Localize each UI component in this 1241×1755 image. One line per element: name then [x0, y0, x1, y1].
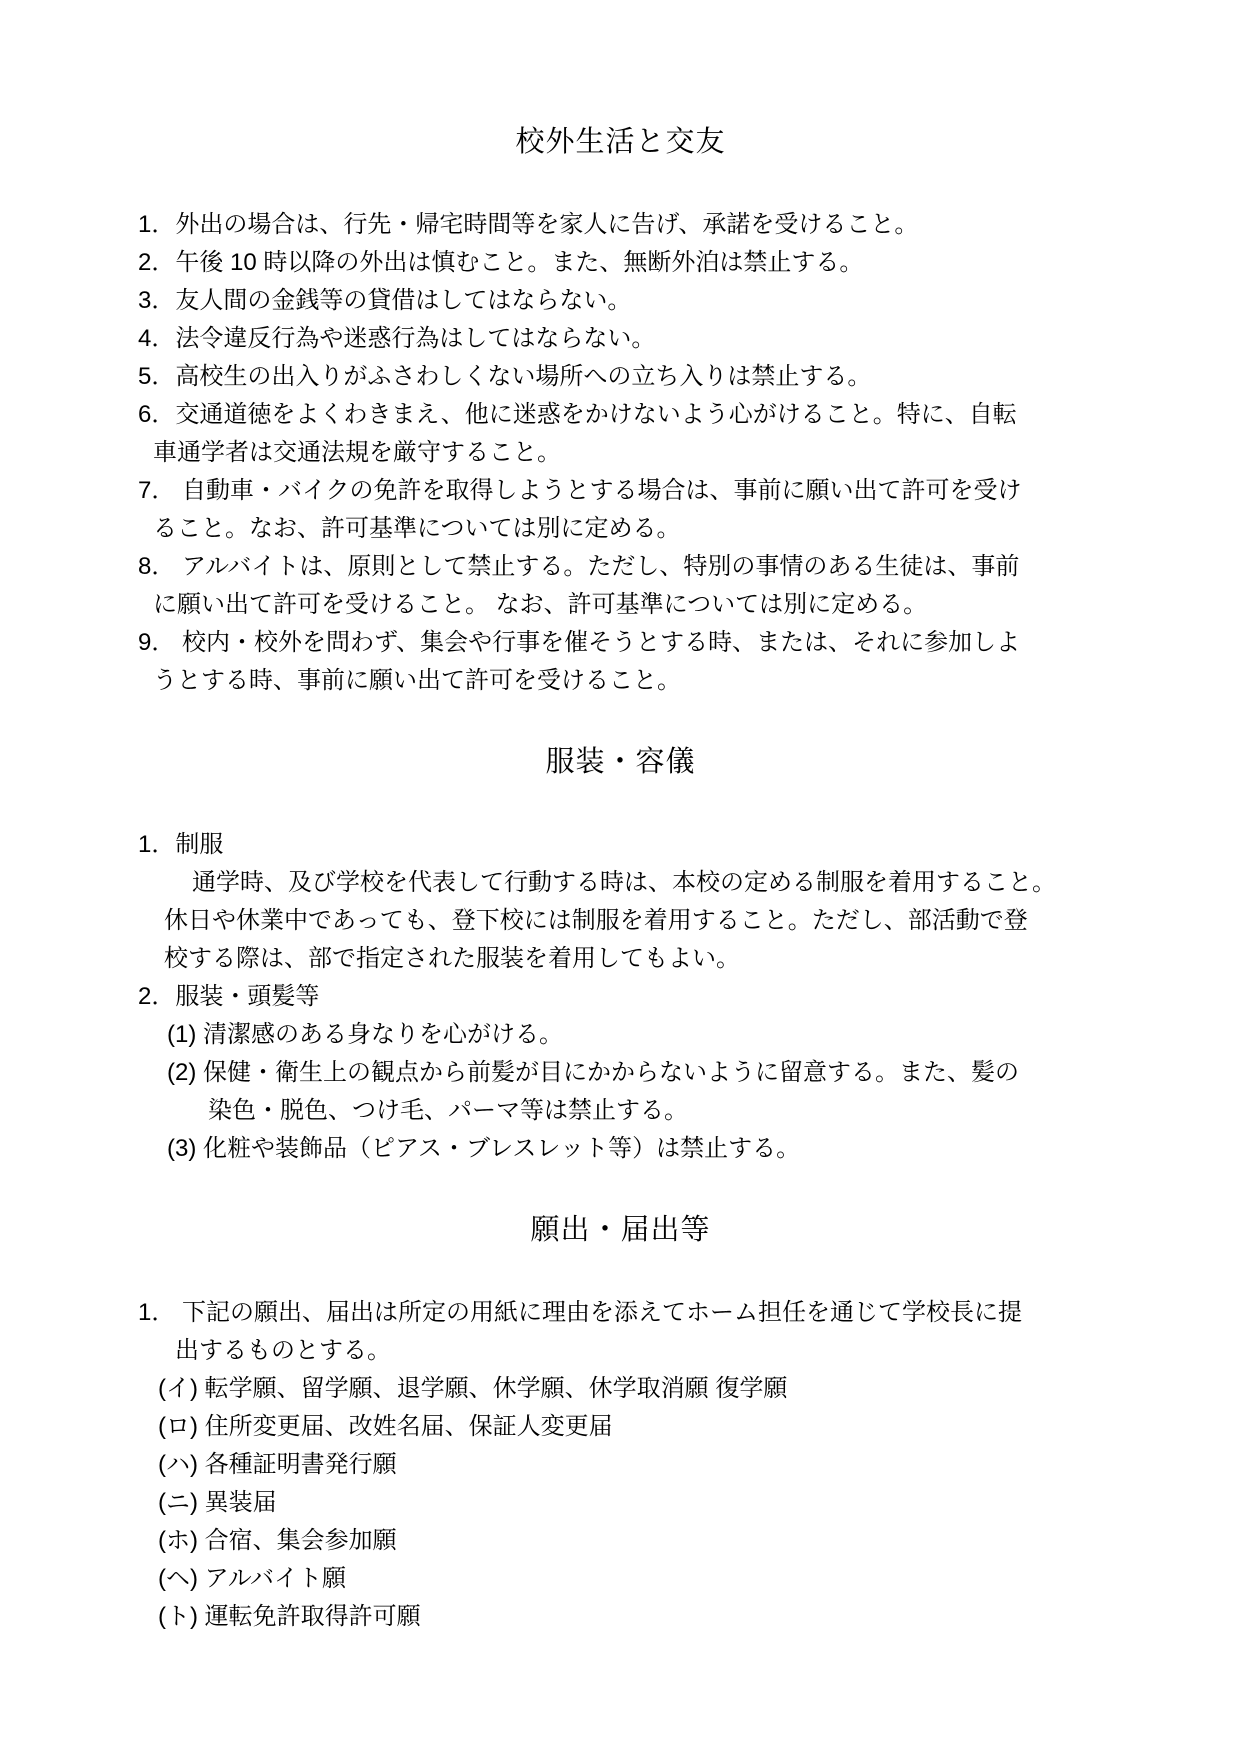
section-title: 服装・容儀 — [0, 740, 1241, 784]
section-body: 1． 下記の願出、届出は所定の用紙に理由を添えてホーム担任を通じて学校長に提出す… — [0, 1294, 1241, 1636]
document-line: うとする時、事前に願い出て許可を受けること。 — [0, 662, 1241, 700]
document-line: 9． 校内・校外を問わず、集会や行事を催そうとする時、または、それに参加しよ — [0, 624, 1241, 662]
document-line: 4．法令違反行為や迷惑行為はしてはならない。 — [0, 320, 1241, 358]
document-line: (イ) 転学願、留学願、退学願、休学願、休学取消願 復学願 — [0, 1370, 1241, 1408]
document-line: (ホ) 合宿、集会参加願 — [0, 1522, 1241, 1560]
document-line: 2．午後 10 時以降の外出は慎むこと。また、無断外泊は禁止する。 — [0, 244, 1241, 282]
document-line: (ト) 運転免許取得許可願 — [0, 1598, 1241, 1636]
document-line: 校する際は、部で指定された服装を着用してもよい。 — [0, 940, 1241, 978]
document-line: 出するものとする。 — [0, 1332, 1241, 1370]
section-body: 1．制服通学時、及び学校を代表して行動する時は、本校の定める制服を着用すること。… — [0, 826, 1241, 1168]
section-applications: 願出・届出等 1． 下記の願出、届出は所定の用紙に理由を添えてホーム担任を通じて… — [0, 1208, 1241, 1636]
section-school-life-outside: 校外生活と交友 1．外出の場合は、行先・帰宅時間等を家人に告げ、承諾を受けること… — [0, 120, 1241, 700]
document-line: 休日や休業中であっても、登下校には制服を着用すること。ただし、部活動で登 — [0, 902, 1241, 940]
document-line: (1) 清潔感のある身なりを心がける。 — [0, 1016, 1241, 1054]
document-line: 3．友人間の金銭等の貸借はしてはならない。 — [0, 282, 1241, 320]
section-title: 校外生活と交友 — [0, 120, 1241, 164]
document-line: に願い出て許可を受けること。 なお、許可基準については別に定める。 — [0, 586, 1241, 624]
section-body: 1．外出の場合は、行先・帰宅時間等を家人に告げ、承諾を受けること。2．午後 10… — [0, 206, 1241, 700]
section-title: 願出・届出等 — [0, 1208, 1241, 1252]
section-dress-code: 服装・容儀 1．制服通学時、及び学校を代表して行動する時は、本校の定める制服を着… — [0, 740, 1241, 1168]
document-line: 車通学者は交通法規を厳守すること。 — [0, 434, 1241, 472]
document-line: ること。なお、許可基準については別に定める。 — [0, 510, 1241, 548]
document-line: 2．服装・頭髪等 — [0, 978, 1241, 1016]
document-line: (ロ) 住所変更届、改姓名届、保証人変更届 — [0, 1408, 1241, 1446]
document-line: (3) 化粧や装飾品（ピアス・ブレスレット等）は禁止する。 — [0, 1130, 1241, 1168]
document-line: 6．交通道徳をよくわきまえ、他に迷惑をかけないよう心がけること。特に、自転 — [0, 396, 1241, 434]
document-line: (2) 保健・衛生上の観点から前髪が目にかからないように留意する。また、髪の — [0, 1054, 1241, 1092]
document-line: 染色・脱色、つけ毛、パーマ等は禁止する。 — [0, 1092, 1241, 1130]
document-line: 5．高校生の出入りがふさわしくない場所への立ち入りは禁止する。 — [0, 358, 1241, 396]
document-line: 1． 下記の願出、届出は所定の用紙に理由を添えてホーム担任を通じて学校長に提 — [0, 1294, 1241, 1332]
document-line: 通学時、及び学校を代表して行動する時は、本校の定める制服を着用すること。 — [0, 864, 1241, 902]
document-page: 校外生活と交友 1．外出の場合は、行先・帰宅時間等を家人に告げ、承諾を受けること… — [0, 0, 1241, 1755]
document-line: (ニ) 異装届 — [0, 1484, 1241, 1522]
document-line: 1．制服 — [0, 826, 1241, 864]
document-line: 1．外出の場合は、行先・帰宅時間等を家人に告げ、承諾を受けること。 — [0, 206, 1241, 244]
document-line: 8． アルバイトは、原則として禁止する。ただし、特別の事情のある生徒は、事前 — [0, 548, 1241, 586]
document-line: 7． 自動車・バイクの免許を取得しようとする場合は、事前に願い出て許可を受け — [0, 472, 1241, 510]
document-line: (ハ) 各種証明書発行願 — [0, 1446, 1241, 1484]
document-line: (ヘ) アルバイト願 — [0, 1560, 1241, 1598]
